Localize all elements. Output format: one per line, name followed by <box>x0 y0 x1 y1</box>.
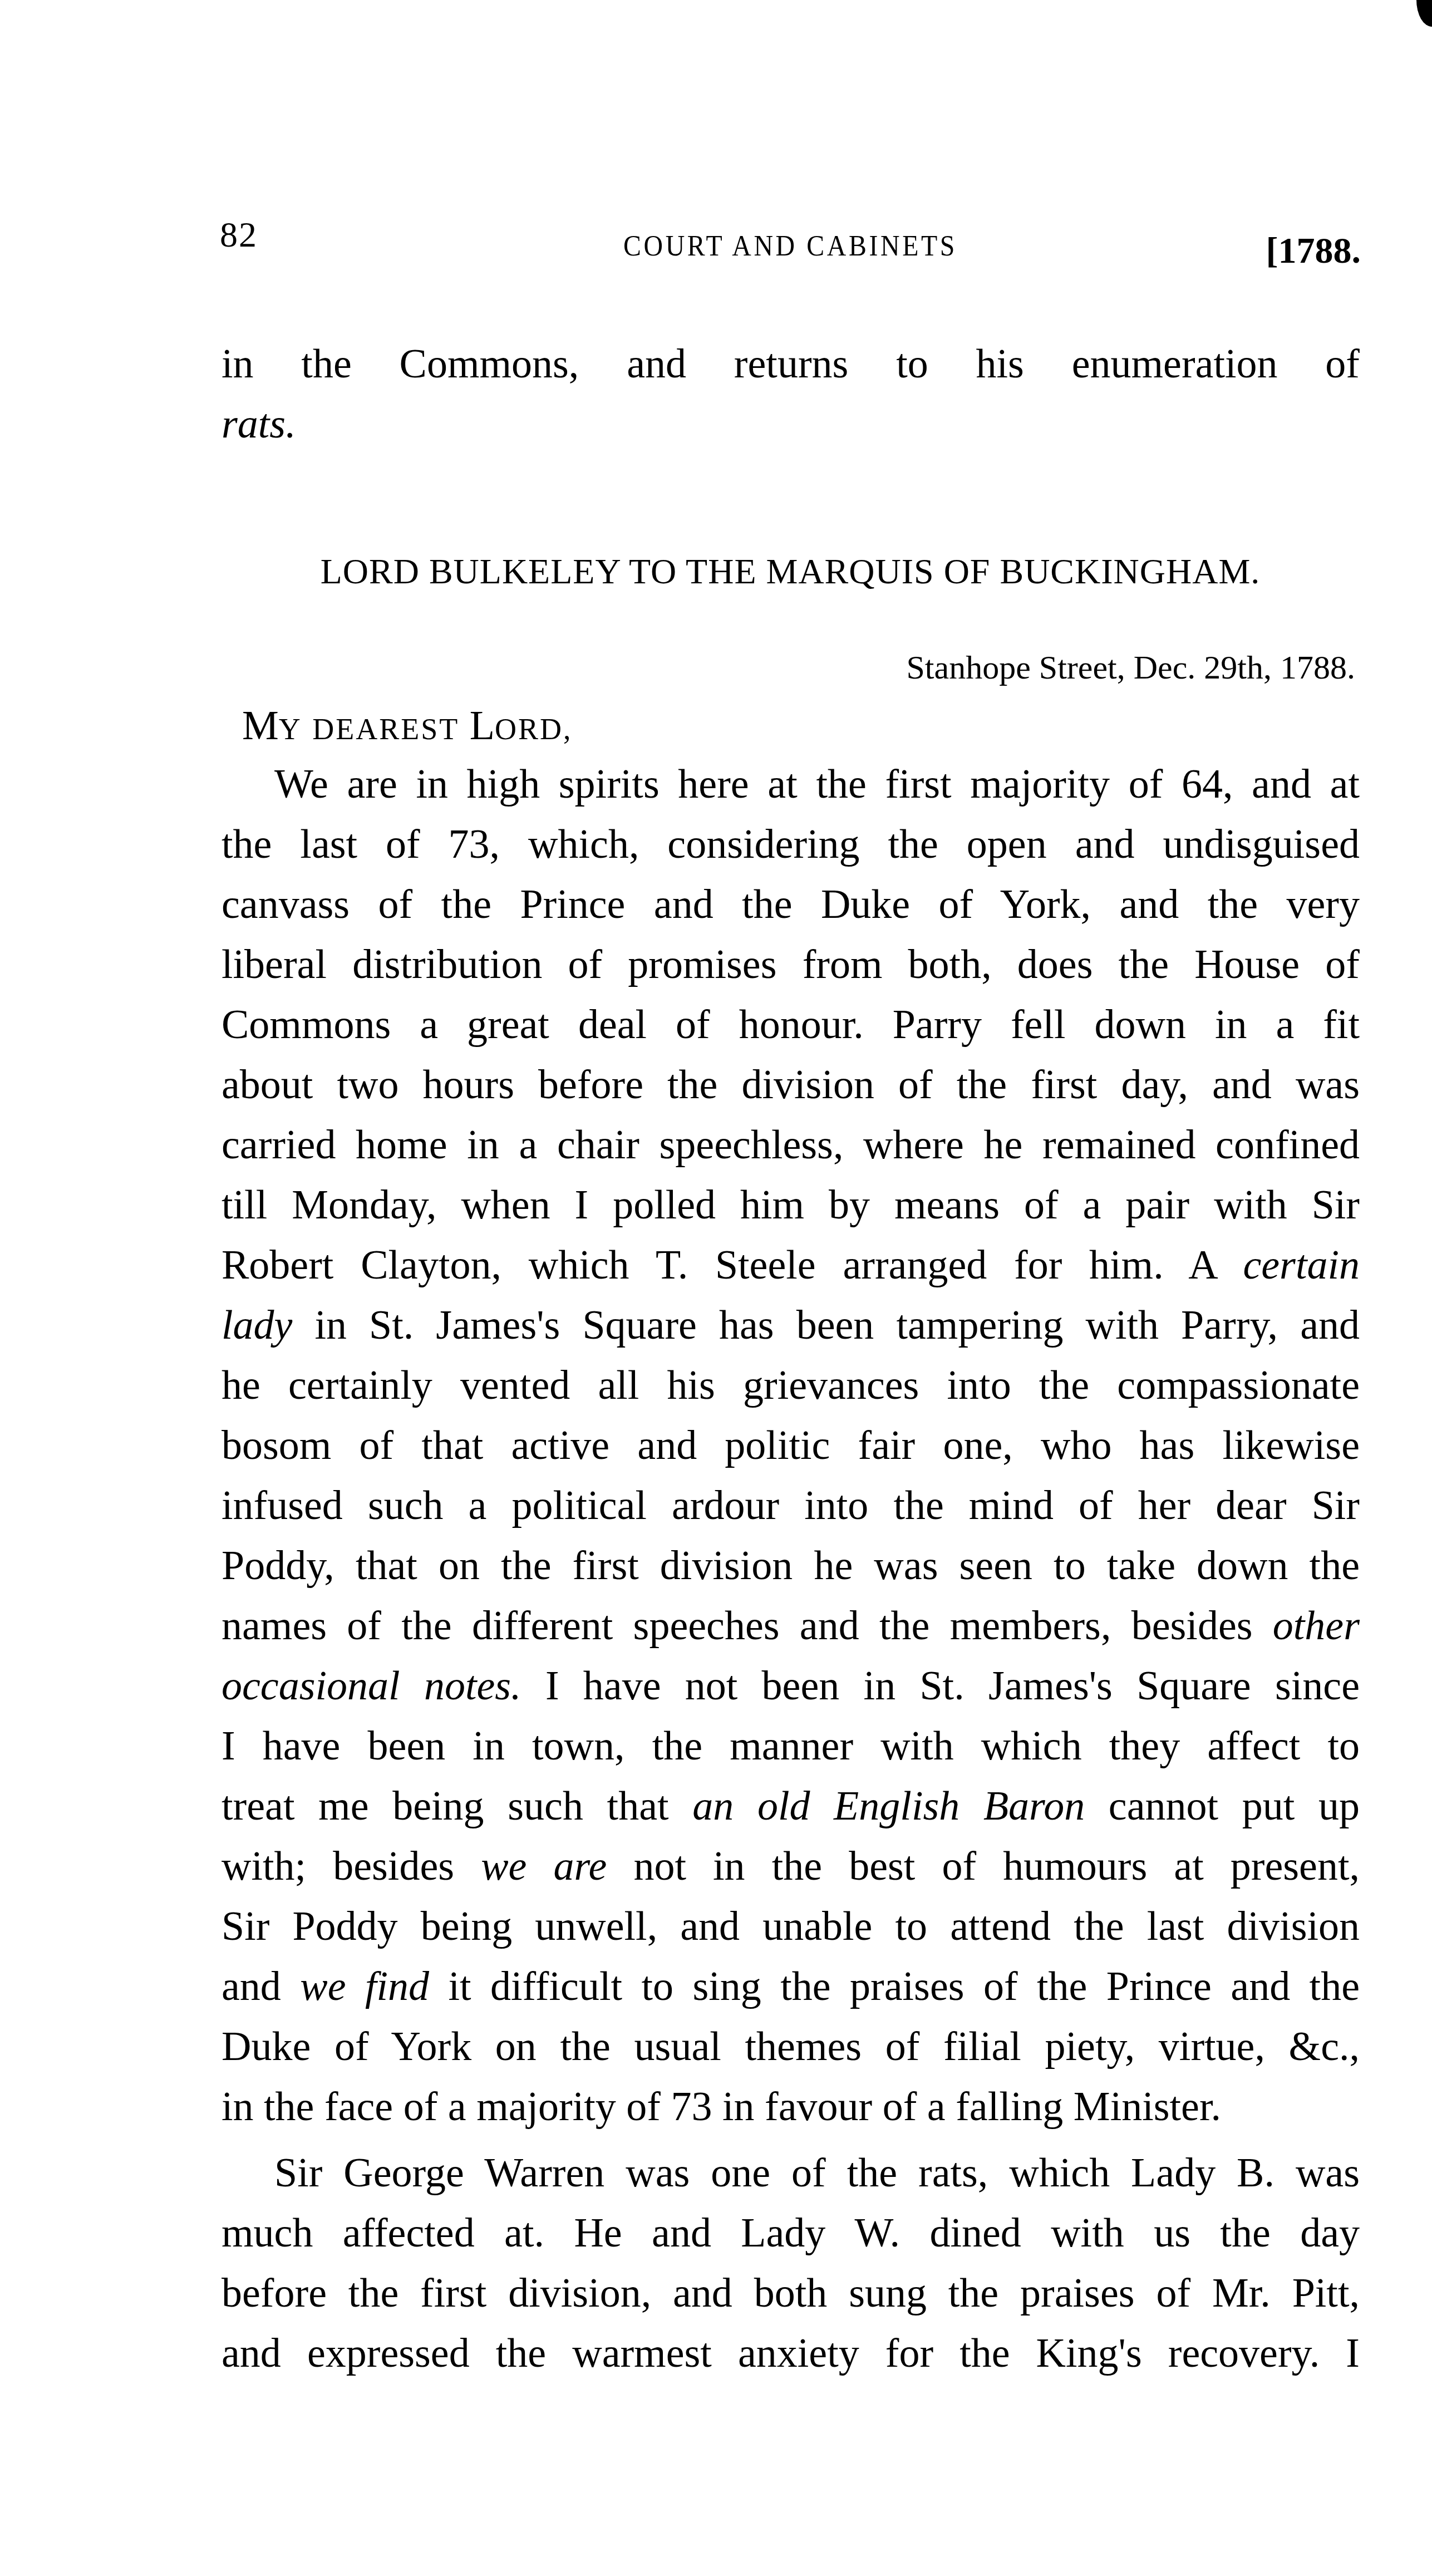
text-run: about two hours before the division of t… <box>222 1062 1360 1108</box>
text-run: in St. James's Square has been tampering… <box>292 1302 1360 1348</box>
text-line: Commons a great deal of honour. Parry fe… <box>222 995 1360 1055</box>
italic-text: rats. <box>222 401 296 447</box>
text-run: bosom of that active and politic fair on… <box>222 1423 1360 1468</box>
text-line: and we find it difficult to sing the pra… <box>222 1956 1360 2017</box>
text-run: Commons a great deal of honour. Parry fe… <box>222 1002 1360 1048</box>
text-line: before the first division, and both sung… <box>222 2263 1360 2323</box>
text-run: I have not been in St. James's Square si… <box>521 1663 1360 1709</box>
page-corner-mark <box>1416 0 1432 27</box>
text-run: treat me being such that <box>222 1783 692 1829</box>
text-run: much affected at. He and Lady W. dined w… <box>222 2210 1360 2256</box>
text-run: he certainly vented all his grievances i… <box>222 1363 1360 1408</box>
text-line: occasional notes. I have not been in St.… <box>222 1656 1360 1716</box>
text-run: Sir Poddy being unwell, and unable to at… <box>222 1904 1360 1949</box>
text-line: carried home in a chair speechless, wher… <box>222 1115 1360 1175</box>
italic-text: lady <box>222 1302 292 1348</box>
text-run: it difficult to sing the praises of the … <box>429 1964 1360 2009</box>
salutation-smallcaps: ORD, <box>495 712 573 746</box>
text-run: carried home in a chair speechless, wher… <box>222 1122 1360 1168</box>
italic-text: an old English Baron <box>692 1783 1085 1829</box>
text-run: Robert Clayton, which T. Steele arranged… <box>222 1242 1243 1288</box>
text-run: and expressed the warmest anxiety for th… <box>222 2331 1360 2376</box>
text-run: We are in high spirits here at the first… <box>274 761 1360 807</box>
text-run: Sir George Warren was one of the rats, w… <box>274 2150 1360 2196</box>
text-run: with; besides <box>222 1843 481 1889</box>
running-head-year: [1788. <box>1266 230 1361 272</box>
text-line: in the face of a majority of 73 in favou… <box>222 2077 1360 2137</box>
text-line: rats. <box>222 394 1360 454</box>
text-run: canvass of the Prince and the Duke of Yo… <box>222 882 1360 927</box>
salutation-initial: M <box>242 703 279 749</box>
running-head: 82 COURT AND CABINETS [1788. <box>220 214 1361 264</box>
text-line: liberal distribution of promises from bo… <box>222 935 1360 995</box>
letter-paragraph-1: We are in high spirits here at the first… <box>222 754 1360 2137</box>
text-line: names of the different speeches and the … <box>222 1596 1360 1656</box>
text-line: and expressed the warmest anxiety for th… <box>222 2323 1360 2383</box>
salutation-smallcaps: Y <box>279 712 302 746</box>
text-run: not in the best of humours at present, <box>607 1843 1360 1889</box>
salutation-smallcaps: DEAREST <box>312 712 459 746</box>
text-line: the last of 73, which, considering the o… <box>222 814 1360 874</box>
text-line: infused such a political ardour into the… <box>222 1476 1360 1536</box>
continuation-paragraph: in the Commons, and returns to his enume… <box>222 334 1360 454</box>
text-line: till Monday, when I polled him by means … <box>222 1175 1360 1235</box>
text-line: Sir George Warren was one of the rats, w… <box>222 2143 1360 2203</box>
letter-paragraph-2: Sir George Warren was one of the rats, w… <box>222 2143 1360 2383</box>
text-run: Poddy, that on the first division he was… <box>222 1543 1360 1589</box>
text-line: in the Commons, and returns to his enume… <box>222 334 1360 394</box>
text-run: liberal distribution of promises from bo… <box>222 942 1360 987</box>
text-line: treat me being such that an old English … <box>222 1776 1360 1836</box>
text-line: he certainly vented all his grievances i… <box>222 1355 1360 1415</box>
letter-dateline: Stanhope Street, Dec. 29th, 1788. <box>906 648 1355 687</box>
text-run: I have been in town, the manner with whi… <box>222 1723 1360 1769</box>
text-run: till Monday, when I polled him by means … <box>222 1182 1360 1228</box>
letter-salutation: MY DEAREST LORD, <box>242 702 573 750</box>
text-line: We are in high spirits here at the first… <box>222 754 1360 814</box>
page-number: 82 <box>220 214 258 255</box>
text-line: canvass of the Prince and the Duke of Yo… <box>222 874 1360 935</box>
text-line: I have been in town, the manner with whi… <box>222 1716 1360 1776</box>
letter-title: LORD BULKELEY TO THE MARQUIS OF BUCKINGH… <box>220 551 1361 592</box>
text-run: before the first division, and both sung… <box>222 2270 1360 2316</box>
running-head-title: COURT AND CABINETS <box>265 230 1315 263</box>
text-line: Poddy, that on the first division he was… <box>222 1536 1360 1596</box>
text-run: the last of 73, which, considering the o… <box>222 822 1360 867</box>
text-run: Duke of York on the usual themes of fili… <box>222 2024 1360 2069</box>
text-line: with; besides we are not in the best of … <box>222 1836 1360 1896</box>
text-run: infused such a political ardour into the… <box>222 1483 1360 1528</box>
text-run: cannot put up <box>1085 1783 1360 1829</box>
text-line: Robert Clayton, which T. Steele arranged… <box>222 1235 1360 1295</box>
italic-text: certain <box>1243 1242 1360 1288</box>
italic-text: other <box>1273 1603 1360 1649</box>
italic-text: we find <box>300 1964 429 2009</box>
text-line: Duke of York on the usual themes of fili… <box>222 2017 1360 2077</box>
text-line: bosom of that active and politic fair on… <box>222 1415 1360 1476</box>
text-run: in the face of a majority of 73 in favou… <box>222 2084 1221 2130</box>
text-line: lady in St. James's Square has been tamp… <box>222 1295 1360 1355</box>
salutation-initial: L <box>470 703 495 749</box>
italic-text: we are <box>481 1843 607 1889</box>
italic-text: occasional notes. <box>222 1663 521 1709</box>
text-line: much affected at. He and Lady W. dined w… <box>222 2203 1360 2263</box>
text-line: Sir Poddy being unwell, and unable to at… <box>222 1896 1360 1956</box>
text-run: and <box>222 1964 300 2009</box>
text-line: about two hours before the division of t… <box>222 1055 1360 1115</box>
text-run: names of the different speeches and the … <box>222 1603 1273 1649</box>
